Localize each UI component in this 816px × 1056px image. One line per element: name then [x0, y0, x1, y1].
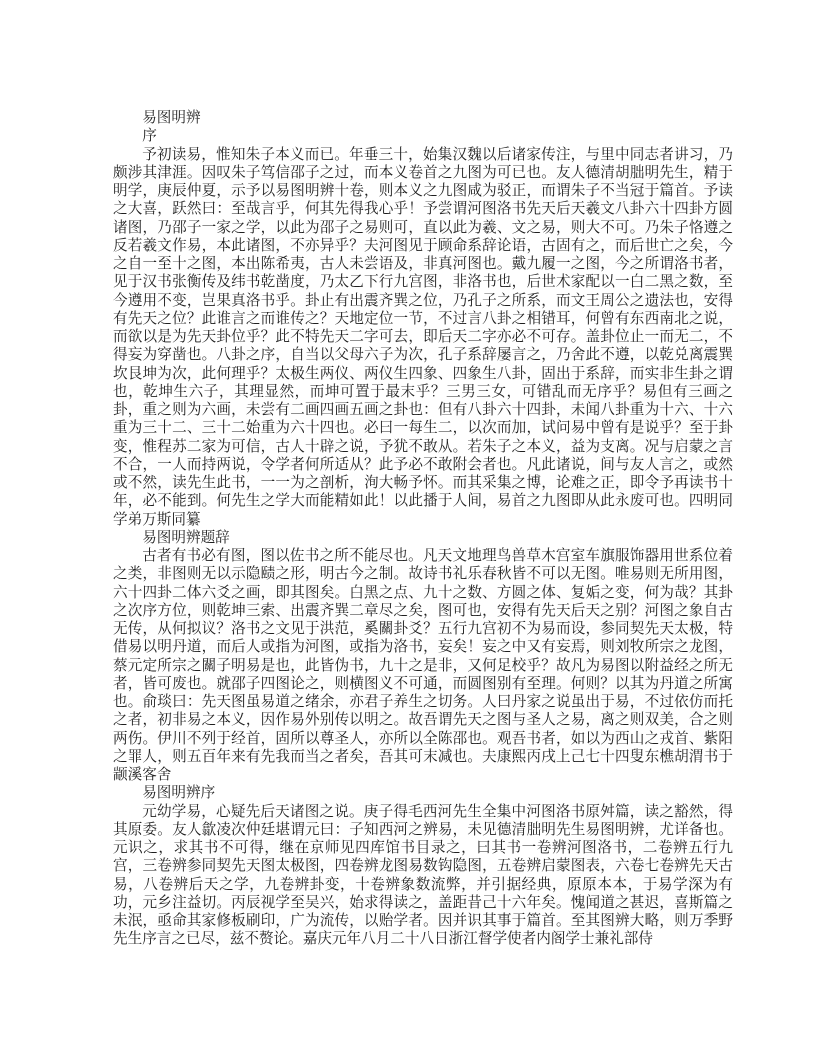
paragraph-preface: 予初读易，惟知朱子本义而已。年垂三十，始集汉魏以后诸家传注，与里中同志者讲习，乃…: [113, 146, 733, 529]
paragraph-xu: 元幼学易，心疑先后天诸图之说。庚子得毛西河先生全集中河图洛书原舛篇，读之豁然，得…: [113, 803, 733, 949]
paragraph-tici: 古者有书必有图，图以佐书之所不能尽也。凡天文地理鸟兽草木宫室车旗服饰器用世系位着…: [113, 547, 733, 784]
section-heading-preface: 序: [113, 127, 733, 145]
section-heading-xu: 易图明辨序: [113, 784, 733, 802]
section-heading-tici: 易图明辨题辞: [113, 529, 733, 547]
doc-title: 易图明辨: [113, 109, 733, 127]
document-page: 易图明辨 序 予初读易，惟知朱子本义而已。年垂三十，始集汉魏以后诸家传注，与里中…: [0, 0, 816, 1056]
text-column: 易图明辨 序 予初读易，惟知朱子本义而已。年垂三十，始集汉魏以后诸家传注，与里中…: [113, 109, 733, 949]
